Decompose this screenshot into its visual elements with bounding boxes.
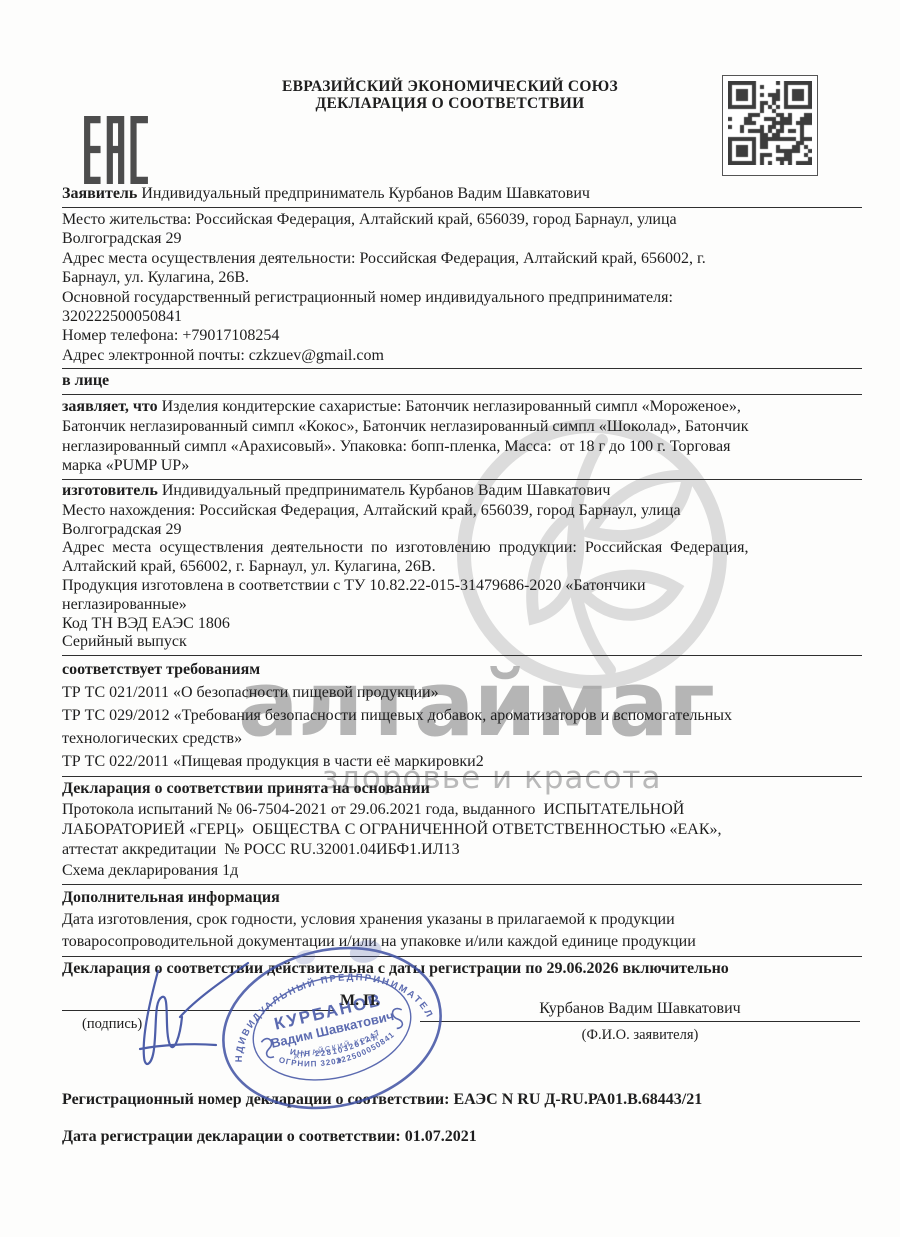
text-line: Алтайский край, 656002, г. Барнаул, ул. … (62, 558, 862, 577)
text-line: 320222500050841 (62, 307, 862, 326)
text-line: Продукция изготовлена в соответствии с Т… (62, 577, 862, 596)
text-line: марка «PUMP UP» (62, 456, 862, 476)
applicant-value: Индивидуальный предприниматель Курбанов … (141, 185, 590, 202)
text-line: Серийный выпуск (62, 633, 862, 652)
text-line: ЛАБОРАТОРИЕЙ «ГЕРЦ» ОБЩЕСТВА С ОГРАНИЧЕН… (62, 820, 862, 840)
text-line: Барнаул, ул. Кулагина, 26В. (62, 268, 862, 287)
text-line: неглазированный симпл «Арахисовый». Упак… (62, 437, 862, 457)
divider (62, 655, 862, 656)
signature-area: (подпись) М. П. ИНДИВИДУАЛЬНЫЙ ПРЕДПРИНИ… (62, 979, 862, 1081)
basis-label: Декларация о соответствии принята на осн… (62, 779, 862, 799)
divider (62, 884, 862, 885)
text-line: товаросопроводительной документации и/ил… (62, 931, 862, 953)
document-page: алтаймаг здоровье и красота ЕВРАЗИЙСКИЙ … (0, 0, 900, 1237)
compliance-label: соответствует требованиям (62, 658, 862, 681)
text-line: Место нахождения: Российская Федерация, … (62, 502, 862, 521)
manufacturer-label: изготовитель (62, 482, 158, 499)
qr-code-pattern (728, 81, 812, 165)
text-line: аттестат аккредитации № РОСС RU.32001.04… (62, 840, 862, 860)
additional-info-label: Дополнительная информация (62, 887, 862, 909)
manufacturer-value: Индивидуальный предприниматель Курбанов … (162, 482, 611, 499)
text-line: Протокола испытаний № 06-7504-2021 от 29… (62, 800, 862, 820)
text-line: Номер телефона: +79017108254 (62, 326, 862, 345)
applicant-details: Место жительства: Российская Федерация, … (62, 210, 862, 365)
registration-date-value: 01.07.2021 (405, 1128, 477, 1145)
in-person-label: в лице (62, 371, 862, 391)
text-line: технологических средств» (62, 727, 862, 750)
text-line: Схема декларирования 1д (62, 861, 862, 881)
registration-number-row: Регистрационный номер декларации о соотв… (62, 1090, 862, 1110)
divider (62, 368, 862, 369)
manufacturer-block: изготовитель Индивидуальный предпринимат… (62, 482, 862, 652)
declares-label: заявляет, что (62, 398, 158, 415)
applicant-row: Заявитель Индивидуальный предприниматель… (62, 184, 862, 204)
text-line: Адрес электронной почты: czkzuev@gmail.c… (62, 346, 862, 365)
text-line: Место жительства: Российская Федерация, … (62, 210, 862, 229)
fio-line (420, 1021, 860, 1022)
registration-number-value: ЕАЭС N RU Д-RU.РА01.В.68443/21 (453, 1091, 702, 1108)
divider (62, 207, 862, 208)
additional-info-block: Дополнительная информация Дата изготовле… (62, 887, 862, 953)
mp-label: М. П. (340, 991, 380, 1011)
declares-block: заявляет, что Изделия кондитерские сахар… (62, 397, 862, 476)
text-line: Код ТН ВЭД ЕАЭС 1806 (62, 615, 862, 634)
registration-date-label: Дата регистрации декларации о соответств… (62, 1128, 401, 1145)
text-line: ТР ТС 029/2012 «Требования безопасности … (62, 704, 862, 727)
round-stamp: ИНДИВИДУАЛЬНЫЙ ПРЕДПРИНИМАТЕЛЬ ИНН 22810… (202, 931, 462, 1126)
divider (62, 394, 862, 395)
text-line: Волгоградская 29 (62, 229, 862, 248)
declares-first-line: Изделия кондитерские сахаристые: Батончи… (162, 398, 741, 415)
divider (62, 776, 862, 777)
registration-date-row: Дата регистрации декларации о соответств… (62, 1127, 862, 1147)
divider (62, 479, 862, 480)
text-line: ТР ТС 022/2011 «Пищевая продукция в част… (62, 750, 862, 773)
text-line: неглазированные» (62, 596, 862, 615)
basis-block: Декларация о соответствии принята на осн… (62, 779, 862, 881)
text-line: Основной государственный регистрационный… (62, 288, 862, 307)
applicant-fio: Курбанов Вадим Шавкатович (420, 999, 860, 1019)
fio-caption: (Ф.И.О. заявителя) (420, 1025, 860, 1045)
text-line: Адрес места осуществления деятельности п… (62, 539, 862, 558)
document-body: Заявитель Индивидуальный предприниматель… (62, 184, 862, 1147)
text-line: Батончик неглазированный симпл «Кокос», … (62, 417, 862, 437)
text-line: Волгоградская 29 (62, 521, 862, 540)
text-line: ТР ТС 021/2011 «О безопасности пищевой п… (62, 681, 862, 704)
qr-code (722, 75, 818, 176)
text-line: Адрес места осуществления деятельности: … (62, 249, 862, 268)
text-line: Дата изготовления, срок годности, услови… (62, 909, 862, 931)
eac-mark-icon (84, 116, 148, 184)
applicant-label: Заявитель (62, 185, 137, 202)
compliance-block: соответствует требованиям ТР ТС 021/2011… (62, 658, 862, 773)
